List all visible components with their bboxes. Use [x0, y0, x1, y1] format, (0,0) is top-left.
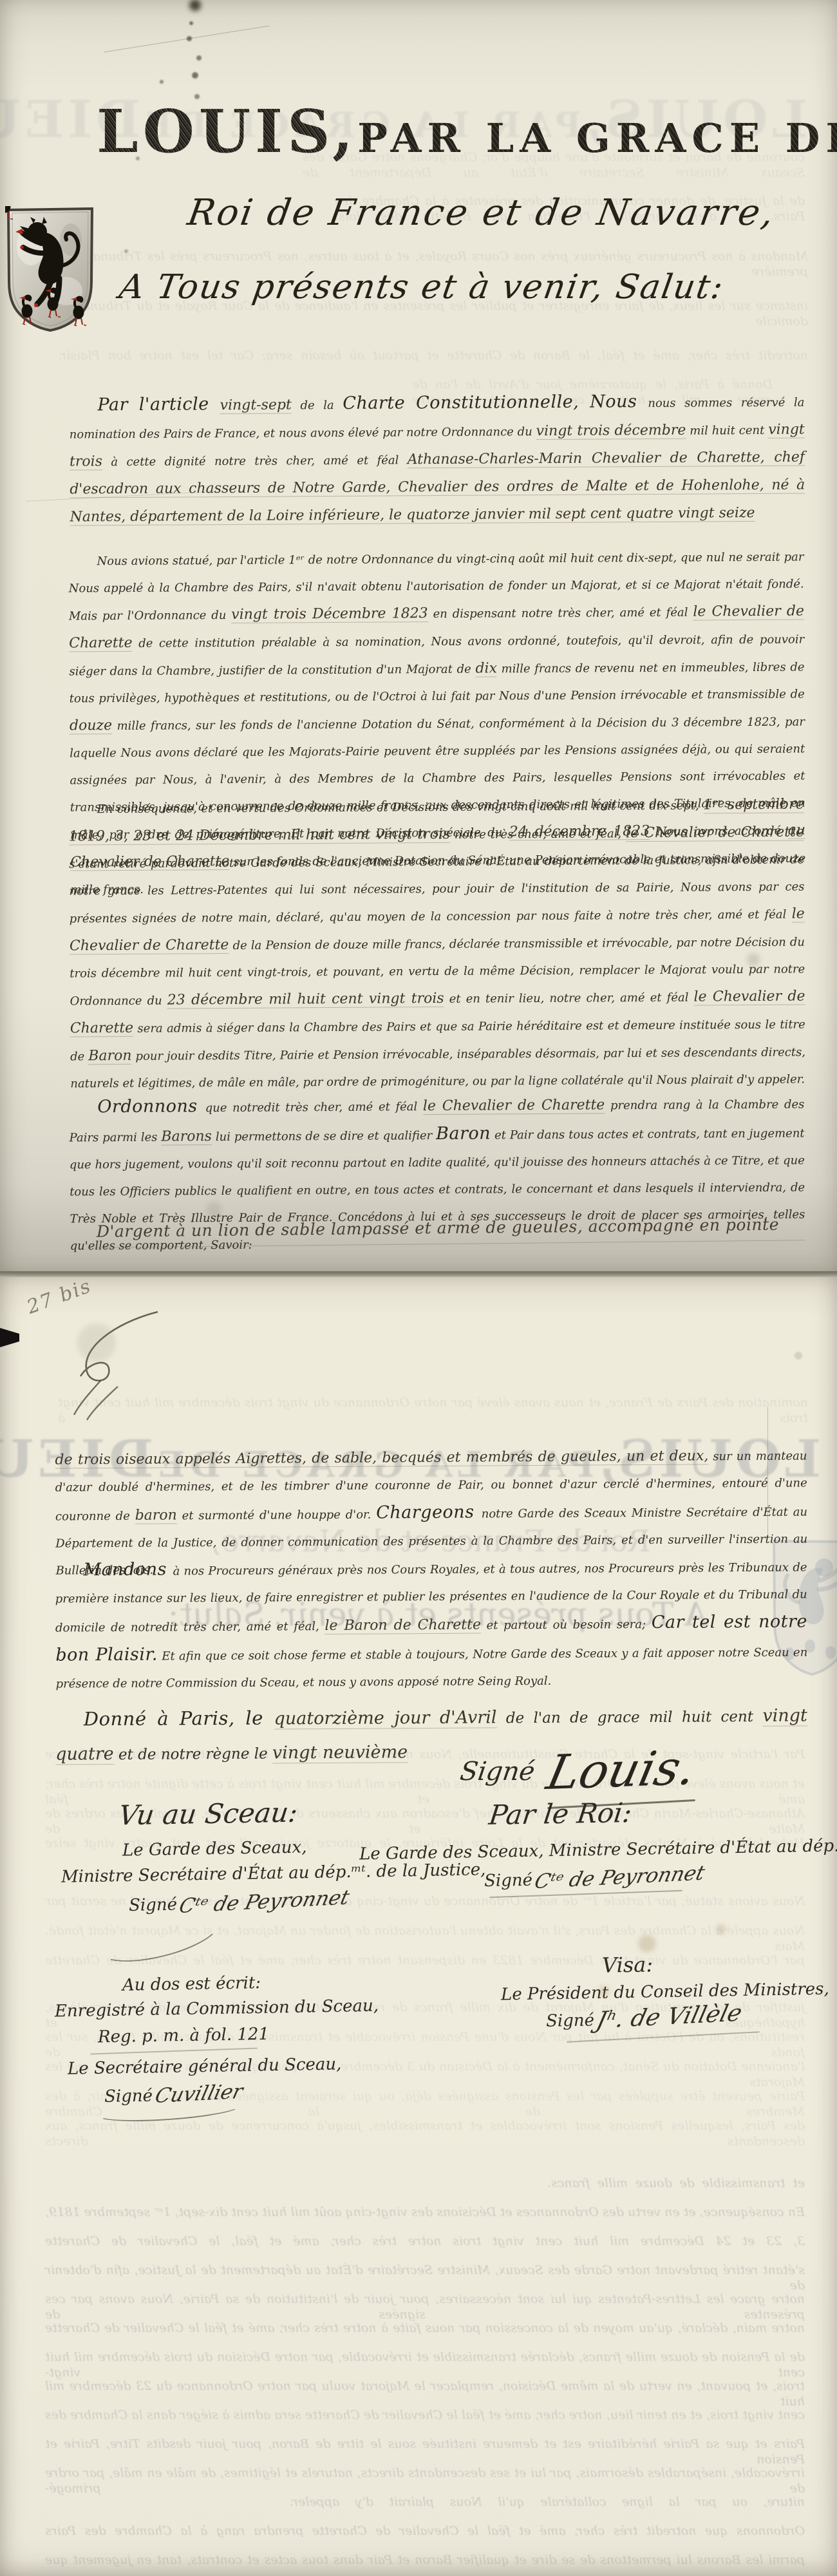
page-separator [0, 1271, 837, 1277]
handwritten-text-segment: vingt-sept [220, 397, 292, 414]
signed-label: Signé [129, 1895, 177, 1915]
signed-label: Signé [484, 1871, 532, 1891]
handwritten-text-segment: de trois oiseaux appelés Aigrettes, de s… [55, 1448, 708, 1468]
king-block-heading: Par le Roi: [487, 1797, 634, 1831]
signed-label: Signé [546, 2011, 594, 2031]
handwritten-text-segment: Par l'article [97, 394, 220, 415]
verso-signature: Signé Cuvillier [104, 2081, 243, 2107]
handwritten-text-segment: Baron [88, 1048, 131, 1065]
handwritten-text-segment: lui permettons de se dire et qualifier [212, 1129, 436, 1144]
seal-block-heading: Vu au Sceau: [117, 1797, 300, 1832]
king-signature-label: Signé [458, 1757, 537, 1786]
handwritten-text-segment: Ordonnons [97, 1096, 205, 1117]
coat-of-arms [5, 206, 95, 332]
handwritten-text-segment: le Chevalier de Charette [626, 824, 804, 842]
handwritten-text-segment: douze [70, 717, 112, 734]
handwritten-text-segment: le Chevalier de Charette [423, 1097, 605, 1115]
signed-name: Jʰ. de Villèle [594, 2000, 744, 2034]
ink-flourish [61, 1304, 196, 1423]
verso-line2: Reg. p. m. à fol. 121 [98, 2025, 269, 2047]
handwritten-text-segment: le Baron de Charette [324, 1617, 481, 1634]
handwritten-text-segment: Charte Constitutionnelle, Nous [343, 392, 648, 413]
handwritten-text-segment: Donné à Paris, le [84, 1707, 274, 1730]
handwritten-text-segment: que notredit très cher, amé et féal [205, 1100, 423, 1115]
handwritten-text-segment: mil huit cent [686, 424, 768, 438]
subtitle-roi-de-france: Roi de France et de Navarre, [185, 192, 778, 234]
handwritten-text-segment: Mandons [83, 1559, 173, 1580]
handwritten-text-segment: quatorzième jour d'Avril [274, 1707, 496, 1729]
title-word-louis: LOUIS, [97, 97, 357, 166]
paragraph-mandons: Mandons à nos Procureurs généraux près n… [55, 1552, 807, 1698]
handwritten-text-segment: et partout où besoin sera; [481, 1618, 652, 1633]
seal-block-line1: Le Garde des Sceaux, [122, 1838, 307, 1861]
title-phrase-par-la-grace-de: PAR LA GRACE DE [357, 115, 837, 162]
handwritten-text-segment: Et afin que ce soit chose ferme et stabl… [55, 1645, 807, 1690]
salutation-line: A Tous présents et à venir, Salut: [117, 268, 727, 307]
document-scan: couronne de baron et surmonté d'une houp… [0, 0, 837, 2576]
handwritten-text-segment: 23 décembre mil huit cent vingt trois [167, 990, 444, 1009]
document-title: LOUIS, PAR LA GRACE DE DIEU, [97, 97, 805, 166]
handwritten-text-segment: de l'an de grace mil huit cent [496, 1709, 762, 1727]
handwritten-text-segment: notre très cher, amé et féal, [450, 827, 626, 842]
handwritten-text-segment: vingt trois décembre [536, 422, 686, 440]
paragraph-charte: Par l'article vingt-sept de la Charte Co… [69, 388, 805, 532]
king-signature: Louis. [542, 1740, 701, 1801]
handwritten-text-segment: dix [475, 660, 497, 677]
handwritten-text-segment: Chargeons [376, 1502, 482, 1523]
king-block-signature: Signé Cᵗᵉ de Peyronnet [484, 1864, 704, 1891]
handwritten-text-segment: vingt trois Décembre 1823 [231, 605, 428, 623]
seal-block-signature: Signé Cᵗᵉ de Peyronnet [129, 1889, 348, 1916]
handwritten-text-segment: à cette dignité notre très cher, amé et … [102, 453, 408, 469]
visa-signature: Signé Jʰ. de Villèle [546, 2002, 741, 2032]
handwritten-text-segment: et en tenir lieu, notre cher, amé et féa… [444, 991, 694, 1006]
signed-label: Signé [104, 2087, 153, 2107]
handwritten-text-segment: pour jouir desdits Titre, Pairie et Pens… [70, 1046, 805, 1091]
handwritten-text-segment: et surmonté d'une houppe d'or. [177, 1508, 377, 1523]
handwritten-text-segment: Barons [161, 1128, 212, 1145]
handwritten-text-segment: Baron [436, 1123, 491, 1144]
handwritten-text-segment: de la [292, 399, 343, 412]
visa-heading: Visa: [602, 1952, 654, 1977]
signed-name: Cuvillier [153, 2080, 245, 2108]
handwritten-text-segment: vingt neuvième [272, 1742, 408, 1763]
paragraph-consequence: En conséquence, et en vertu des Ordonnan… [69, 791, 806, 1098]
handwritten-text-segment: et de notre règne le [114, 1746, 272, 1764]
handwritten-text-segment: baron [135, 1507, 177, 1524]
handwritten-text-segment: En conséquence, et en vertu des Ordonnan… [97, 799, 704, 816]
handwritten-text-segment: s'étant retiré pardevant notre Garde des… [69, 853, 804, 926]
handwritten-text-segment: en dispensant notre très cher, amé et fé… [428, 606, 693, 621]
verso-heading: Au dos est écrit: [122, 1973, 261, 1995]
